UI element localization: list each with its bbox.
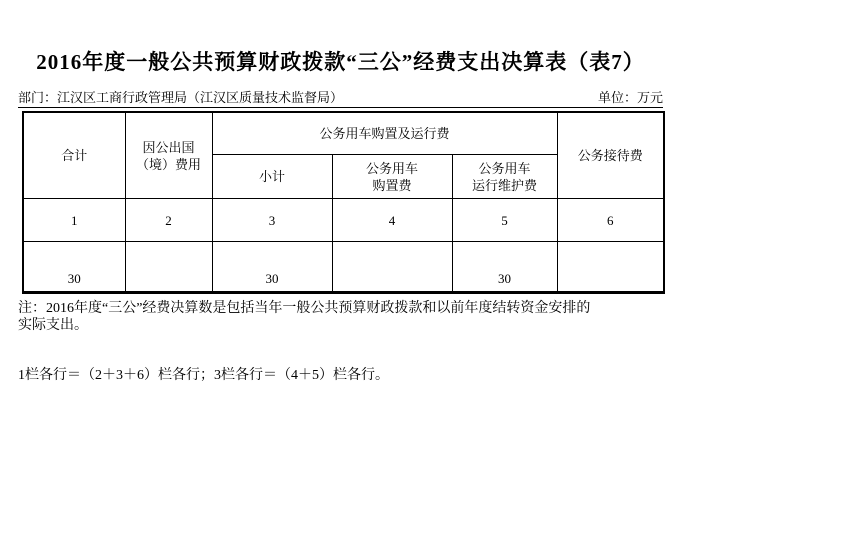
header-cell-abroad: 因公出国 （境）费用 [125,112,212,199]
header-cell-reception: 公务接待费 [557,112,664,199]
value-cell-vehicle-maintenance: 30 [452,242,557,293]
column-number-cell: 1 [23,199,125,242]
column-number-cell: 3 [212,199,332,242]
column-number-row: 1 2 3 4 5 6 [23,199,664,242]
header-cell-vehicle-purchase-line1: 公务用车 [335,160,450,177]
value-cell-abroad [125,242,212,293]
header-cell-total: 合计 [23,112,125,199]
header-cell-abroad-line1: 因公出国 [128,139,210,156]
column-number-cell: 2 [125,199,212,242]
header-cell-vehicle-maintenance: 公务用车 运行维护费 [452,155,557,199]
value-row: 30 30 30 [23,242,664,293]
header-cell-vehicle-subtotal: 小计 [212,155,332,199]
header-cell-abroad-line2: （境）费用 [128,156,210,173]
column-number-cell: 5 [452,199,557,242]
meta-row: 部门：江汉区工商行政管理局（江汉区质量技术监督局） 单位：万元 [18,90,663,108]
column-number-cell: 6 [557,199,664,242]
header-cell-vehicle-group: 公务用车购置及运行费 [212,112,557,155]
header-row-1: 合计 因公出国 （境）费用 公务用车购置及运行费 公务接待费 [23,112,664,155]
header-cell-vehicle-maintenance-line2: 运行维护费 [455,177,555,194]
page-title: 2016年度一般公共预算财政拨款“三公”经费支出决算表（表7） [18,46,663,76]
expense-table: 合计 因公出国 （境）费用 公务用车购置及运行费 公务接待费 小计 公务用车 购… [22,111,665,294]
value-cell-reception [557,242,664,293]
note-block: 注：2016年度“三公”经费决算数是包括当年一般公共预算财政拨款和以前年度结转资… [18,300,678,334]
header-cell-vehicle-purchase-line2: 购置费 [335,177,450,194]
unit-label: 单位：万元 [598,90,663,105]
note-line-2: 实际支出。 [18,317,678,334]
department-label: 部门：江汉区工商行政管理局（江汉区质量技术监督局） [18,90,343,105]
note-line-1: 注：2016年度“三公”经费决算数是包括当年一般公共预算财政拨款和以前年度结转资… [18,300,678,317]
header-cell-vehicle-maintenance-line1: 公务用车 [455,160,555,177]
formula-note: 1栏各行＝（2＋3＋6）栏各行；3栏各行＝（4＋5）栏各行。 [18,367,678,384]
value-cell-total: 30 [23,242,125,293]
value-cell-vehicle-subtotal: 30 [212,242,332,293]
value-cell-vehicle-purchase [332,242,452,293]
document-page: 2016年度一般公共预算财政拨款“三公”经费支出决算表（表7） 部门：江汉区工商… [0,0,864,540]
header-cell-vehicle-purchase: 公务用车 购置费 [332,155,452,199]
column-number-cell: 4 [332,199,452,242]
